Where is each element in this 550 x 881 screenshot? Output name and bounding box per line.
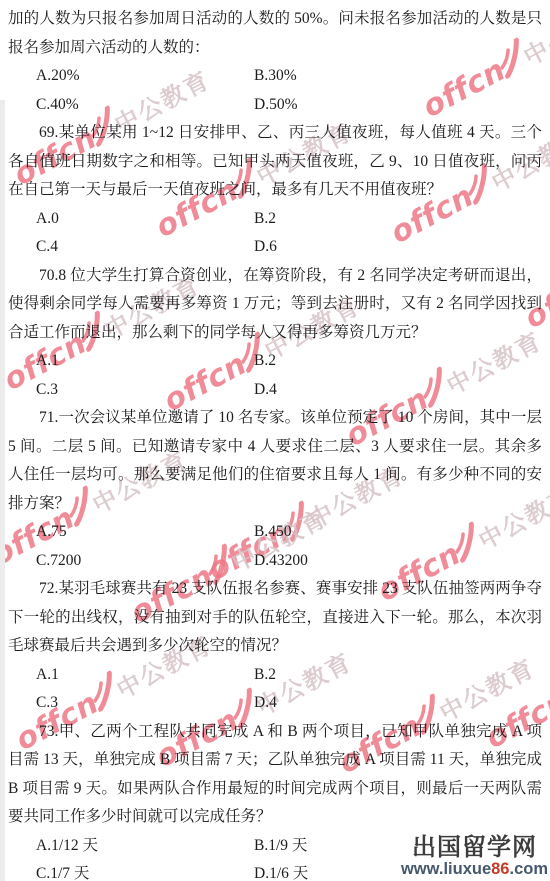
option: A.0 — [36, 205, 254, 234]
option: D.50% — [254, 91, 542, 120]
option: B.2 — [254, 205, 542, 234]
question-text: 71.一次会议某单位邀请了 10 名专家。该单位预定了 10 个房间，其中一层 … — [8, 404, 542, 518]
options-grid: A.0B.2C.4D.6 — [8, 205, 542, 262]
options-grid: A.1B.2C.3D.4 — [8, 661, 542, 718]
question-block: 71.一次会议某单位邀请了 10 名专家。该单位预定了 10 个房间，其中一层 … — [8, 404, 542, 575]
question-block: 72.某羽毛球赛共有 23 支队伍报名参赛、赛事安排 23 支队伍抽签两两争夺下… — [8, 575, 542, 718]
scanned-exam-page: offcn 中公教育 offcn 中公教育 offcn 中公教育 offcn 中… — [0, 0, 550, 881]
option: C.40% — [36, 91, 254, 120]
options-grid: A.75B.450C.7200D.43200 — [8, 518, 542, 575]
question-block: 69.某单位某用 1~12 日安排甲、乙、丙三人值夜班，每人值班 4 天。三个各… — [8, 119, 542, 262]
option: D.4 — [254, 376, 542, 405]
option: A.20% — [36, 62, 254, 91]
option: D.6 — [254, 233, 542, 262]
option: C.7200 — [36, 547, 254, 576]
option: B.450 — [254, 518, 542, 547]
options-grid: A.20%B.30%C.40%D.50% — [8, 62, 542, 119]
question-text: 69.某单位某用 1~12 日安排甲、乙、丙三人值夜班，每人值班 4 天。三个各… — [8, 119, 542, 205]
liuxue86-logo: 出国留学网 www.liuxue86.com — [401, 836, 548, 878]
options-grid: A.1B.2C.3D.4 — [8, 347, 542, 404]
option: C.4 — [36, 233, 254, 262]
option: D.43200 — [254, 547, 542, 576]
option: C.3 — [36, 689, 254, 718]
question-text: 72.某羽毛球赛共有 23 支队伍报名参赛、赛事安排 23 支队伍抽签两两争夺下… — [8, 575, 542, 661]
option: A.1/12 天 — [36, 832, 254, 861]
option: B.30% — [254, 62, 542, 91]
question-list: 加的人数为只报名参加周日活动的人数的 50%。问未报名参加活动的人数是只报名参加… — [0, 0, 550, 881]
option: A.1 — [36, 661, 254, 690]
question-text: 加的人数为只报名参加周日活动的人数的 50%。问未报名参加活动的人数是只报名参加… — [8, 5, 542, 62]
option: C.3 — [36, 376, 254, 405]
option: A.1 — [36, 347, 254, 376]
question-text: 73.甲、乙两个工程队共同完成 A 和 B 两个项目，已知甲队单独完成 A 项目… — [8, 718, 542, 832]
option: B.2 — [254, 347, 542, 376]
option: D.4 — [254, 689, 542, 718]
option: A.75 — [36, 518, 254, 547]
question-block: 70.8 位大学生打算合资创业，在筹资阶段，有 2 名同学决定考研而退出，使得剩… — [8, 262, 542, 405]
url-prefix: www.liuxue — [401, 860, 491, 878]
url-suffix: .com — [509, 860, 548, 878]
url-highlight: 86 — [491, 860, 509, 878]
option: B.2 — [254, 661, 542, 690]
option: C.1/7 天 — [36, 860, 254, 881]
logo-site-name: 出国留学网 — [401, 836, 548, 860]
logo-site-url: www.liuxue86.com — [401, 861, 548, 878]
question-text: 70.8 位大学生打算合资创业，在筹资阶段，有 2 名同学决定考研而退出，使得剩… — [8, 262, 542, 348]
question-block: 加的人数为只报名参加周日活动的人数的 50%。问未报名参加活动的人数是只报名参加… — [8, 5, 542, 119]
